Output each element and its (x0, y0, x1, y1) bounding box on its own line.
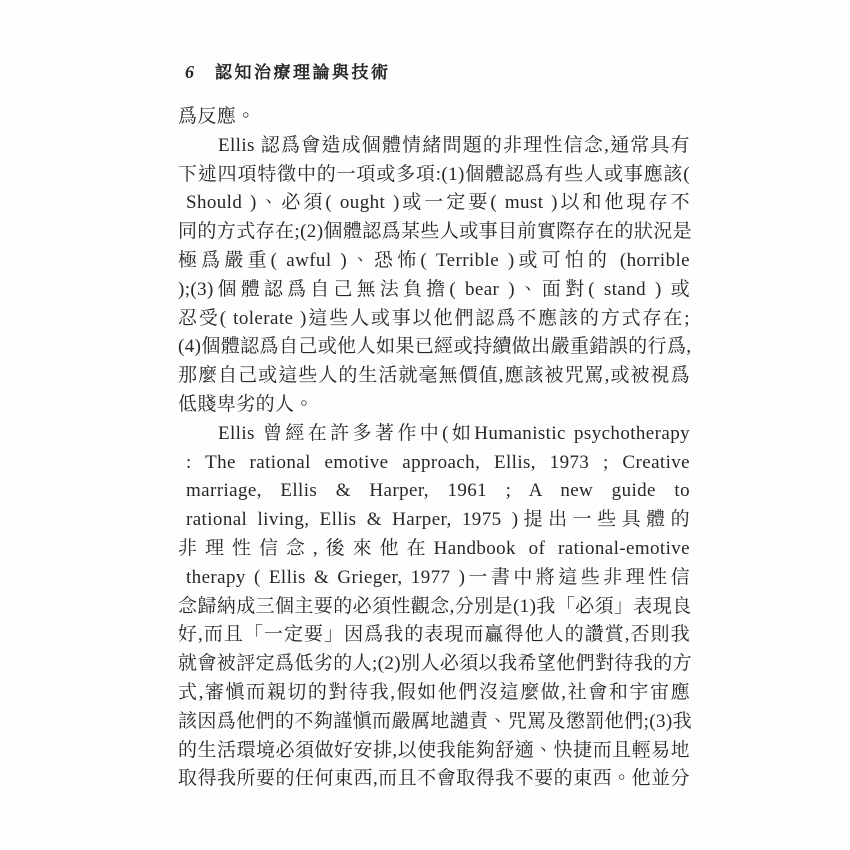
text-line: 爲反應。 (178, 103, 690, 132)
page-number: 6 (185, 62, 195, 83)
text-line: Should )、必須( ought )或一定要( must )以和他現存不 (178, 189, 690, 218)
text-line: );(3)個體認爲自己無法負擔( bear )、面對( stand ) 或 (178, 276, 690, 305)
running-header: 6 認知治療理論與技術 (185, 58, 391, 82)
text-line: 極爲嚴重( awful )、恐怖( Terrible )或可怕的 (horrib… (178, 247, 690, 276)
text-line: 低賤卑劣的人。 (178, 391, 690, 420)
book-title: 認知治療理論與技術 (215, 58, 391, 83)
text-line: (4)個體認爲自己或他人如果已經或持續做出嚴重錯誤的行爲, (178, 333, 690, 362)
text-line: : The rational emotive approach, Ellis, … (178, 449, 690, 478)
text-line: Ellis 曾經在許多著作中(如Humanistic psychotherapy (178, 420, 690, 449)
text-line: 該因爲他們的不夠謹愼而嚴厲地譴責、咒罵及懲罰他們;(3)我 (178, 708, 690, 737)
text-line: 就會被評定爲低劣的人;(2)別人必須以我希望他們對待我的方 (178, 650, 690, 679)
text-line: 那麼自己或這些人的生活就毫無價值,應該被咒罵,或被視爲 (178, 362, 690, 391)
text-line: 的生活環境必須做好安排,以使我能夠舒適、快捷而且輕易地 (178, 737, 690, 766)
text-line: Ellis 認爲會造成個體情緒問題的非理性信念,通常具有 (178, 132, 690, 161)
text-line: 非理性信念,後來他在Handbook of rational-emotive (178, 535, 690, 564)
text-line: 式,審愼而親切的對待我,假如他們沒這麼做,社會和宇宙應 (178, 679, 690, 708)
text-line: rational living, Ellis & Harper, 1975 )提… (178, 506, 690, 535)
text-line: therapy ( Ellis & Grieger, 1977 )一書中將這些非… (178, 564, 690, 593)
page-body: 爲反應。 Ellis 認爲會造成個體情緒問題的非理性信念,通常具有 下述四項特徵… (178, 103, 690, 794)
text-line: 取得我所要的任何東西,而且不會取得我不要的東西。他並分 (178, 765, 690, 794)
text-line: 忍受( tolerate )這些人或事以他們認爲不應該的方式存在; (178, 305, 690, 334)
text-line: 同的方式存在;(2)個體認爲某些人或事目前實際存在的狀況是 (178, 218, 690, 247)
text-line: 好,而且「一定要」因爲我的表現而贏得他人的讚賞,否則我 (178, 621, 690, 650)
text-line: 念歸納成三個主要的必須性觀念,分別是(1)我「必須」表現良 (178, 593, 690, 622)
text-line: marriage, Ellis & Harper, 1961 ; A new g… (178, 477, 690, 506)
text-line: 下述四項特徵中的一項或多項:(1)個體認爲有些人或事應該( (178, 161, 690, 190)
book-page-scan: 6 認知治療理論與技術 爲反應。 Ellis 認爲會造成個體情緒問題的非理性信念… (0, 0, 850, 850)
